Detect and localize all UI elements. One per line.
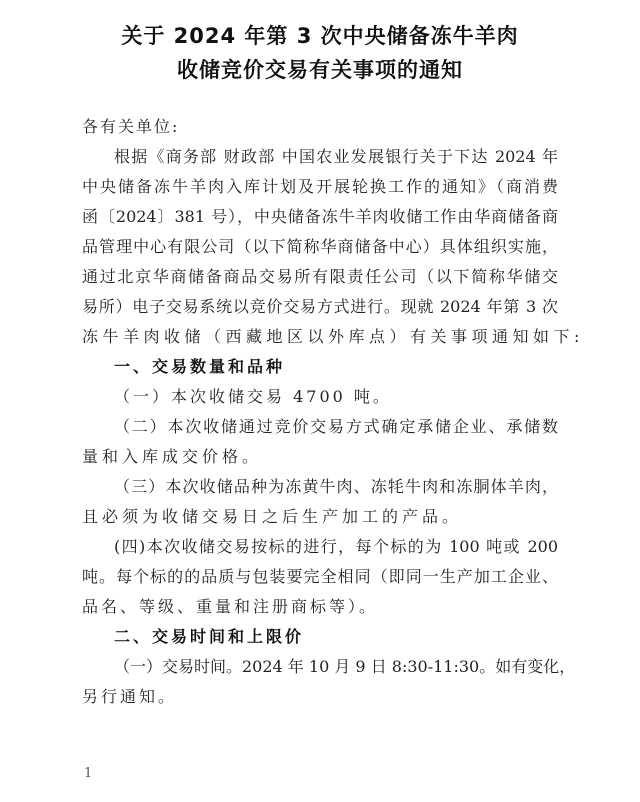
document-title-line-2: 收储竞价交易有关事项的通知: [0, 54, 640, 84]
section-1-item-3-line-1: （三）本次收储品种为冻黄牛肉、冻牦牛肉和冻胴体羊肉，: [114, 477, 558, 497]
salutation: 各有关单位:: [82, 117, 558, 137]
intro-line-2: 中央储备冻牛羊肉入库计划及开展轮换工作的通知》（商消费: [82, 177, 558, 197]
section-1-item-4-line-2: 吨。每个标的的品质与包装要完全相同（即同一生产加工企业、: [82, 567, 558, 587]
document-title-line-1: 关于 2024 年第 3 次中央储备冻牛羊肉: [0, 20, 640, 50]
section-1-heading: 一、交易数量和品种: [114, 357, 558, 377]
page-number: 1: [84, 766, 92, 781]
intro-line-5: 通过北京华商储备商品交易所有限责任公司（以下简称华储交: [82, 267, 558, 287]
intro-line-6: 易所）电子交易系统以竞价交易方式进行。现就 2024 年第 3 次: [82, 297, 558, 317]
section-1-item-1: （一）本次收储交易 4700 吨。: [114, 387, 558, 407]
intro-line-1: 根据《商务部 财政部 中国农业发展银行关于下达 2024 年: [114, 147, 558, 167]
document-page: 关于 2024 年第 3 次中央储备冻牛羊肉 收储竞价交易有关事项的通知 各有关…: [0, 0, 640, 802]
section-2-item-1-line-2: 另行通知。: [82, 687, 558, 707]
section-1-item-2-line-1: （二）本次收储通过竞价交易方式确定承储企业、承储数: [114, 417, 558, 437]
section-1-item-2-line-2: 量和入库成交价格。: [82, 447, 558, 467]
section-1-item-4-line-1: (四)本次收储交易按标的进行，每个标的为 100 吨或 200: [114, 537, 558, 557]
section-2-heading: 二、交易时间和上限价: [114, 627, 558, 647]
section-1-item-3-line-2: 且必须为收储交易日之后生产加工的产品。: [82, 507, 558, 527]
intro-line-3: 函〔2024〕381 号），中央储备冻牛羊肉收储工作由华商储备商: [82, 207, 558, 227]
intro-line-7: 冻牛羊肉收储（西藏地区以外库点）有关事项通知如下:: [82, 327, 558, 347]
section-2-item-1-line-1: （一）交易时间。2024 年 10 月 9 日 8:30-11:30。如有变化，: [114, 657, 558, 677]
intro-line-4: 品管理中心有限公司（以下简称华商储备中心）具体组织实施，: [82, 237, 558, 257]
section-1-item-4-line-3: 品名、等级、重量和注册商标等）。: [82, 597, 558, 617]
